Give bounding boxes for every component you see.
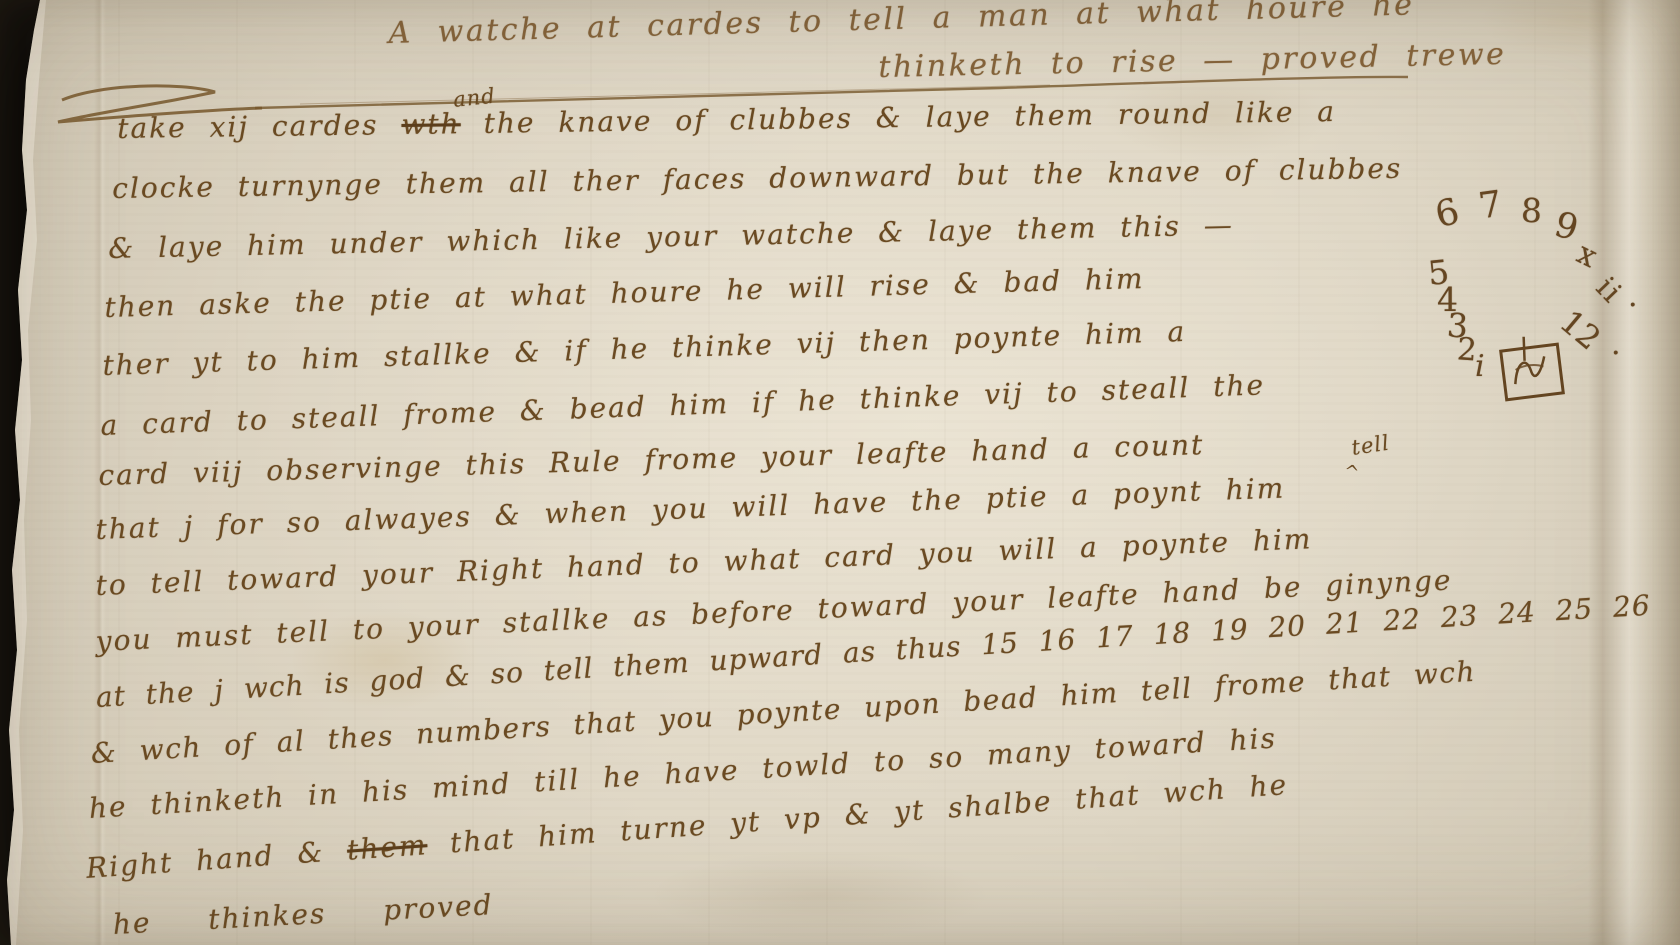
interlinear-insertion: and xyxy=(452,84,497,112)
struck-word: wth xyxy=(401,107,461,141)
line-text: that j for so alwayes & when you will ha… xyxy=(95,480,1049,546)
clock-numeral: . xyxy=(1628,282,1638,312)
clock-numeral: ii xyxy=(1591,272,1628,308)
struck-word: them xyxy=(346,828,429,867)
line-text: take xij cardes xyxy=(117,108,379,145)
title-line-2: thinketh to rise — proved trewe xyxy=(878,37,1507,85)
line-text: the knave of clubbes & laye them round l… xyxy=(483,95,1336,140)
clock-numeral: 6 xyxy=(1432,194,1463,234)
caret-mark: ^ xyxy=(1343,461,1361,484)
line-text: a poynt him xyxy=(1071,471,1286,511)
clock-numeral: 7 xyxy=(1477,187,1505,226)
manuscript-page: A watche at cardes to tell a man at what… xyxy=(0,0,1680,945)
manuscript-line: & laye him under which like your watche … xyxy=(108,208,1234,265)
paper-stain xyxy=(650,850,990,940)
clock-numeral: i xyxy=(1475,352,1485,382)
clock-numeral: 12 xyxy=(1554,305,1606,356)
paper-stain xyxy=(1480,0,1680,60)
clock-numeral: . xyxy=(1611,330,1621,360)
clock-numeral: 8 xyxy=(1520,194,1542,228)
interlinear-insertion: tell xyxy=(1350,431,1391,460)
manuscript-line-cropped: he thinkes proved xyxy=(112,888,494,941)
clock-numeral: 9 xyxy=(1551,208,1582,248)
manuscript-line: ther yt to him stallke & if he thinke vi… xyxy=(102,315,1187,382)
clock-numeral: x xyxy=(1572,238,1601,274)
manuscript-line: take xij cardes wth the knave of clubbes… xyxy=(117,95,1336,145)
page-fold-edge xyxy=(1588,0,1680,945)
line-text: Right hand & xyxy=(85,835,325,885)
knave-card-icon xyxy=(1499,343,1565,402)
manuscript-line: clocke turnynge them all ther faces down… xyxy=(112,152,1403,205)
manuscript-line: then aske the ptie at what houre he will… xyxy=(104,262,1145,324)
